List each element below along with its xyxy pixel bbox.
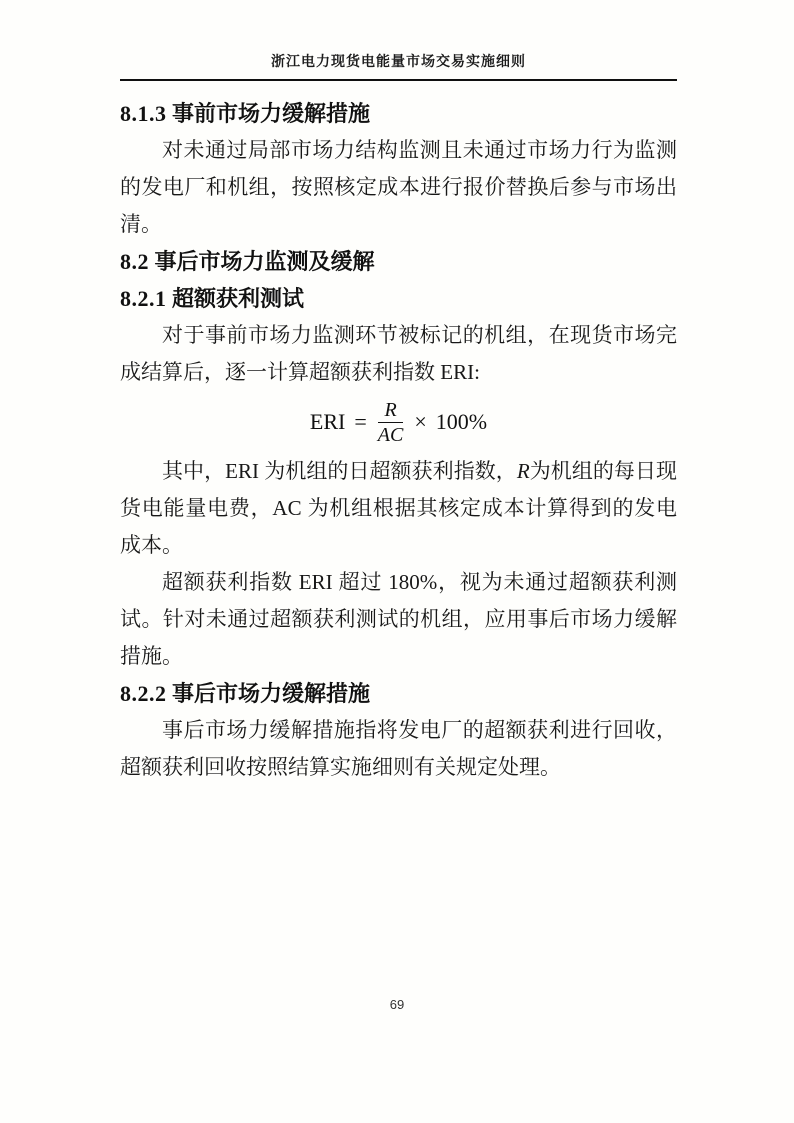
- section-number: 8.2.1: [120, 286, 167, 311]
- section-heading-8-2-2: 8.2.2 事后市场力缓解措施: [120, 675, 677, 712]
- explain-variable-r: R: [517, 459, 530, 483]
- section-title: 超额获利测试: [172, 286, 304, 311]
- running-header: 浙江电力现货电能量市场交易实施细则: [120, 0, 677, 81]
- section-heading-8-2: 8.2 事后市场力监测及缓解: [120, 243, 677, 280]
- section-title: 事后市场力监测及缓解: [155, 249, 375, 274]
- section-heading-8-1-3: 8.1.3 事前市场力缓解措施: [120, 95, 677, 132]
- paragraph-8-2-1-explain: 其中，ERI 为机组的日超额获利指数，R为机组的每日现货电能量电费，AC 为机组…: [120, 453, 677, 564]
- eri-formula: ERI = R AC × 100%: [120, 391, 677, 453]
- formula-denominator: AC: [376, 423, 406, 446]
- paragraph-8-1-3: 对未通过局部市场力结构监测且未通过市场力行为监测的发电厂和机组，按照核定成本进行…: [120, 132, 677, 243]
- section-title: 事前市场力缓解措施: [172, 101, 370, 126]
- section-heading-8-2-1: 8.2.1 超额获利测试: [120, 280, 677, 317]
- section-number: 8.2.2: [120, 681, 167, 706]
- formula-numerator: R: [378, 399, 402, 423]
- paragraph-8-2-2: 事后市场力缓解措施指将发电厂的超额获利进行回收，超额获利回收按照结算实施细则有关…: [120, 712, 677, 786]
- formula-percent-value: 100%: [436, 409, 487, 435]
- formula-times-sign: ×: [414, 409, 426, 435]
- header-divider: [120, 79, 677, 81]
- section-number: 8.1.3: [120, 101, 167, 126]
- section-number: 8.2: [120, 249, 149, 274]
- document-page: 浙江电力现货电能量市场交易实施细则 8.1.3 事前市场力缓解措施 对未通过局部…: [0, 0, 794, 1123]
- page-number: 69: [0, 997, 794, 1012]
- paragraph-8-2-1-intro: 对于事前市场力监测环节被标记的机组，在现货市场完成结算后，逐一计算超额获利指数 …: [120, 317, 677, 391]
- page-content: 8.1.3 事前市场力缓解措施 对未通过局部市场力结构监测且未通过市场力行为监测…: [120, 95, 677, 786]
- paragraph-8-2-1-threshold: 超额获利指数 ERI 超过 180%，视为未通过超额获利测试。针对未通过超额获利…: [120, 564, 677, 675]
- section-title: 事后市场力缓解措施: [172, 681, 370, 706]
- formula-row: ERI = R AC × 100%: [310, 399, 487, 446]
- formula-fraction: R AC: [376, 399, 406, 446]
- formula-lhs: ERI: [310, 409, 345, 435]
- document-title: 浙江电力现货电能量市场交易实施细则: [120, 0, 677, 71]
- formula-equals-sign: =: [354, 409, 366, 435]
- explain-part-1: 其中，ERI 为机组的日超额获利指数，: [162, 459, 517, 483]
